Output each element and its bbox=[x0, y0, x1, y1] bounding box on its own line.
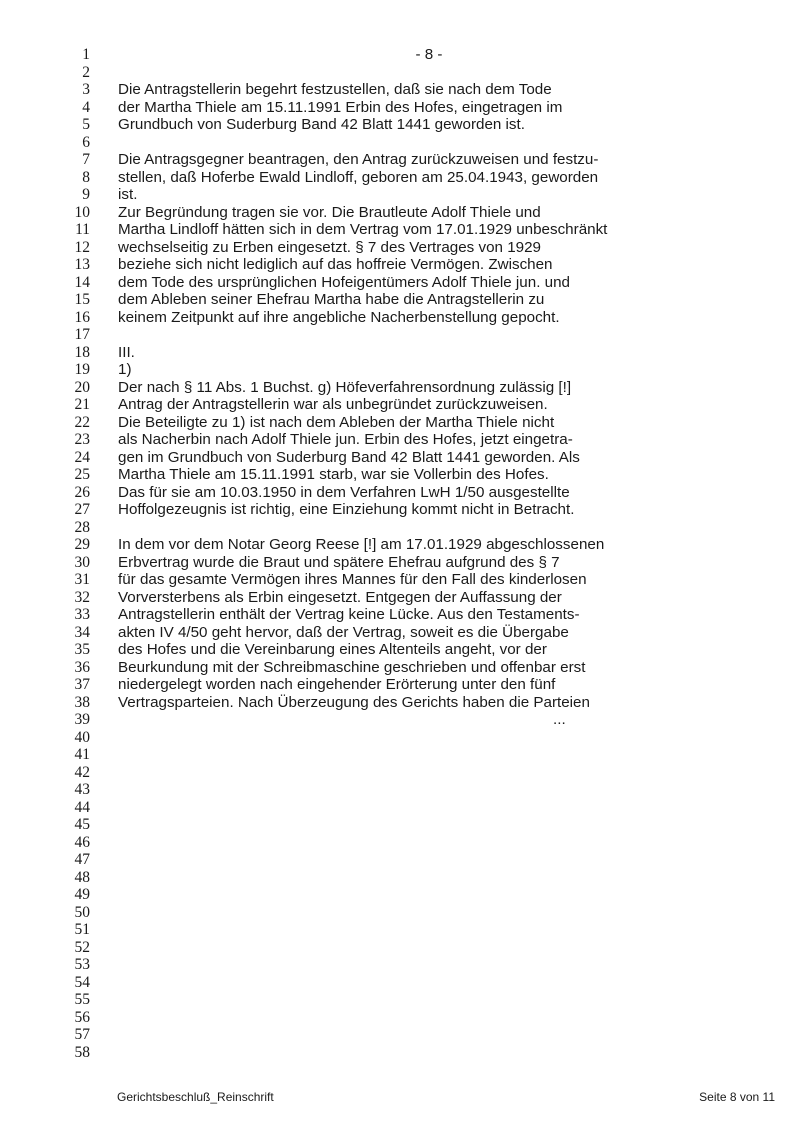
footer-document-title: Gerichtsbeschluß_Reinschrift bbox=[117, 1090, 274, 1104]
line-text: In dem vor dem Notar Georg Reese [!] am … bbox=[118, 536, 604, 554]
line-text: Erbvertrag wurde die Braut und spätere E… bbox=[118, 554, 560, 572]
footer-page-indicator: Seite 8 von 11 bbox=[699, 1090, 775, 1104]
line-text: niedergelegt worden nach eingehender Erö… bbox=[118, 676, 555, 694]
line-row: 54 bbox=[0, 974, 607, 992]
line-text: gen im Grundbuch von Suderburg Band 42 B… bbox=[118, 449, 580, 467]
line-number: 43 bbox=[0, 781, 90, 799]
line-number: 23 bbox=[0, 431, 90, 449]
line-row: 52 bbox=[0, 939, 607, 957]
line-row: 25Martha Thiele am 15.11.1991 starb, war… bbox=[0, 466, 607, 484]
ellipsis-continuation: ... bbox=[553, 711, 566, 729]
line-text: wechselseitig zu Erben eingesetzt. § 7 d… bbox=[118, 239, 541, 257]
line-text: ist. bbox=[118, 186, 137, 204]
line-row: 23als Nacherbin nach Adolf Thiele jun. E… bbox=[0, 431, 607, 449]
line-number: 55 bbox=[0, 991, 90, 1009]
line-row: 46 bbox=[0, 834, 607, 852]
line-row: 18III. bbox=[0, 344, 607, 362]
line-number: 53 bbox=[0, 956, 90, 974]
line-row: 7Die Antragsgegner beantragen, den Antra… bbox=[0, 151, 607, 169]
line-row: 55 bbox=[0, 991, 607, 1009]
line-text: Vorversterbens als Erbin eingesetzt. Ent… bbox=[118, 589, 562, 607]
line-row: 33Antragstellerin enthält der Vertrag ke… bbox=[0, 606, 607, 624]
line-row: 14dem Tode des ursprünglichen Hofeigentü… bbox=[0, 274, 607, 292]
line-number: 18 bbox=[0, 344, 90, 362]
line-number: 56 bbox=[0, 1009, 90, 1027]
line-text: Das für sie am 10.03.1950 in dem Verfahr… bbox=[118, 484, 570, 502]
line-number: 16 bbox=[0, 309, 90, 327]
line-number: 1 bbox=[0, 46, 90, 64]
line-number: 39 bbox=[0, 711, 90, 729]
line-text: Vertragsparteien. Nach Überzeugung des G… bbox=[118, 694, 590, 712]
line-row: 11Martha Lindloff hätten sich in dem Ver… bbox=[0, 221, 607, 239]
line-row: 12wechselseitig zu Erben eingesetzt. § 7… bbox=[0, 239, 607, 257]
line-text: Martha Thiele am 15.11.1991 starb, war s… bbox=[118, 466, 549, 484]
line-number: 31 bbox=[0, 571, 90, 589]
line-number: 28 bbox=[0, 519, 90, 537]
line-row: 2 bbox=[0, 64, 607, 82]
line-number: 30 bbox=[0, 554, 90, 572]
line-number: 26 bbox=[0, 484, 90, 502]
line-text: als Nacherbin nach Adolf Thiele jun. Erb… bbox=[118, 431, 573, 449]
line-row: 48 bbox=[0, 869, 607, 887]
line-number: 37 bbox=[0, 676, 90, 694]
line-number: 3 bbox=[0, 81, 90, 99]
line-row: 1 bbox=[0, 46, 607, 64]
line-number: 41 bbox=[0, 746, 90, 764]
line-number: 6 bbox=[0, 134, 90, 152]
line-row: 5Grundbuch von Suderburg Band 42 Blatt 1… bbox=[0, 116, 607, 134]
line-row: 32Vorversterbens als Erbin eingesetzt. E… bbox=[0, 589, 607, 607]
line-number: 10 bbox=[0, 204, 90, 222]
line-row: 15dem Ableben seiner Ehefrau Martha habe… bbox=[0, 291, 607, 309]
line-number: 36 bbox=[0, 659, 90, 677]
line-number: 24 bbox=[0, 449, 90, 467]
line-number: 29 bbox=[0, 536, 90, 554]
line-row: 49 bbox=[0, 886, 607, 904]
line-number: 49 bbox=[0, 886, 90, 904]
line-row: 47 bbox=[0, 851, 607, 869]
line-text: dem Tode des ursprünglichen Hofeigentüme… bbox=[118, 274, 570, 292]
line-text: III. bbox=[118, 344, 135, 362]
line-row: 39... bbox=[0, 711, 607, 729]
line-number: 5 bbox=[0, 116, 90, 134]
line-row: 58 bbox=[0, 1044, 607, 1062]
line-text: Hoffolgezeugnis ist richtig, eine Einzie… bbox=[118, 501, 574, 519]
line-row: 37niedergelegt worden nach eingehender E… bbox=[0, 676, 607, 694]
line-text: Antrag der Antragstellerin war als unbeg… bbox=[118, 396, 548, 414]
line-row: 30Erbvertrag wurde die Braut und spätere… bbox=[0, 554, 607, 572]
line-number: 15 bbox=[0, 291, 90, 309]
line-number: 27 bbox=[0, 501, 90, 519]
line-row: 35des Hofes und die Vereinbarung eines A… bbox=[0, 641, 607, 659]
line-text: Beurkundung mit der Schreibmaschine gesc… bbox=[118, 659, 585, 677]
line-row: 27Hoffolgezeugnis ist richtig, eine Einz… bbox=[0, 501, 607, 519]
line-row: 8stellen, daß Hoferbe Ewald Lindloff, ge… bbox=[0, 169, 607, 187]
line-text: Antragstellerin enthält der Vertrag kein… bbox=[118, 606, 580, 624]
line-number: 20 bbox=[0, 379, 90, 397]
line-text: keinem Zeitpunkt auf ihre angebliche Nac… bbox=[118, 309, 560, 327]
line-row: 43 bbox=[0, 781, 607, 799]
line-row: 191) bbox=[0, 361, 607, 379]
line-row: 40 bbox=[0, 729, 607, 747]
line-number: 21 bbox=[0, 396, 90, 414]
line-number: 11 bbox=[0, 221, 90, 239]
line-text: Der nach § 11 Abs. 1 Buchst. g) Höfeverf… bbox=[118, 379, 571, 397]
line-row: 21Antrag der Antragstellerin war als unb… bbox=[0, 396, 607, 414]
line-row: 41 bbox=[0, 746, 607, 764]
line-text: für das gesamte Vermögen ihres Mannes fü… bbox=[118, 571, 587, 589]
line-number: 7 bbox=[0, 151, 90, 169]
line-number: 33 bbox=[0, 606, 90, 624]
line-text: 1) bbox=[118, 361, 132, 379]
line-row: 31für das gesamte Vermögen ihres Mannes … bbox=[0, 571, 607, 589]
line-number: 12 bbox=[0, 239, 90, 257]
line-row: 4der Martha Thiele am 15.11.1991 Erbin d… bbox=[0, 99, 607, 117]
document-page: - 8 - 123Die Antragstellerin begehrt fes… bbox=[0, 0, 806, 1141]
line-number: 8 bbox=[0, 169, 90, 187]
line-row: 29In dem vor dem Notar Georg Reese [!] a… bbox=[0, 536, 607, 554]
line-text: Zur Begründung tragen sie vor. Die Braut… bbox=[118, 204, 541, 222]
line-row: 51 bbox=[0, 921, 607, 939]
line-row: 34akten IV 4/50 geht hervor, daß der Ver… bbox=[0, 624, 607, 642]
line-number: 13 bbox=[0, 256, 90, 274]
line-number: 32 bbox=[0, 589, 90, 607]
line-row: 9ist. bbox=[0, 186, 607, 204]
line-text: Die Antragstellerin begehrt festzustelle… bbox=[118, 81, 552, 99]
line-number: 4 bbox=[0, 99, 90, 117]
line-text: dem Ableben seiner Ehefrau Martha habe d… bbox=[118, 291, 544, 309]
line-row: 10Zur Begründung tragen sie vor. Die Bra… bbox=[0, 204, 607, 222]
line-number: 44 bbox=[0, 799, 90, 817]
line-number: 2 bbox=[0, 64, 90, 82]
line-row: 56 bbox=[0, 1009, 607, 1027]
line-row: 42 bbox=[0, 764, 607, 782]
line-number: 42 bbox=[0, 764, 90, 782]
line-number: 17 bbox=[0, 326, 90, 344]
line-text: beziehe sich nicht lediglich auf das hof… bbox=[118, 256, 553, 274]
line-row: 38Vertragsparteien. Nach Überzeugung des… bbox=[0, 694, 607, 712]
line-number: 50 bbox=[0, 904, 90, 922]
line-number: 54 bbox=[0, 974, 90, 992]
line-row: 6 bbox=[0, 134, 607, 152]
line-row: 16keinem Zeitpunkt auf ihre angebliche N… bbox=[0, 309, 607, 327]
line-row: 13beziehe sich nicht lediglich auf das h… bbox=[0, 256, 607, 274]
line-numbered-body: 123Die Antragstellerin begehrt festzuste… bbox=[0, 46, 607, 1061]
line-row: 36Beurkundung mit der Schreibmaschine ge… bbox=[0, 659, 607, 677]
line-text: Martha Lindloff hätten sich in dem Vertr… bbox=[118, 221, 607, 239]
line-number: 58 bbox=[0, 1044, 90, 1062]
line-number: 35 bbox=[0, 641, 90, 659]
line-number: 38 bbox=[0, 694, 90, 712]
line-number: 34 bbox=[0, 624, 90, 642]
line-text: akten IV 4/50 geht hervor, daß der Vertr… bbox=[118, 624, 569, 642]
line-row: 57 bbox=[0, 1026, 607, 1044]
line-text: der Martha Thiele am 15.11.1991 Erbin de… bbox=[118, 99, 562, 117]
line-row: 50 bbox=[0, 904, 607, 922]
line-text: des Hofes und die Vereinbarung eines Alt… bbox=[118, 641, 547, 659]
line-number: 57 bbox=[0, 1026, 90, 1044]
line-number: 40 bbox=[0, 729, 90, 747]
line-number: 51 bbox=[0, 921, 90, 939]
line-text: Grundbuch von Suderburg Band 42 Blatt 14… bbox=[118, 116, 525, 134]
line-number: 48 bbox=[0, 869, 90, 887]
line-row: 53 bbox=[0, 956, 607, 974]
line-number: 45 bbox=[0, 816, 90, 834]
line-row: 24gen im Grundbuch von Suderburg Band 42… bbox=[0, 449, 607, 467]
line-text: stellen, daß Hoferbe Ewald Lindloff, geb… bbox=[118, 169, 598, 187]
line-number: 52 bbox=[0, 939, 90, 957]
line-text: Die Antragsgegner beantragen, den Antrag… bbox=[118, 151, 598, 169]
line-number: 22 bbox=[0, 414, 90, 432]
line-number: 47 bbox=[0, 851, 90, 869]
line-number: 14 bbox=[0, 274, 90, 292]
line-number: 19 bbox=[0, 361, 90, 379]
line-row: 26Das für sie am 10.03.1950 in dem Verfa… bbox=[0, 484, 607, 502]
line-row: 28 bbox=[0, 519, 607, 537]
line-number: 46 bbox=[0, 834, 90, 852]
line-row: 20Der nach § 11 Abs. 1 Buchst. g) Höfeve… bbox=[0, 379, 607, 397]
line-row: 44 bbox=[0, 799, 607, 817]
line-row: 3Die Antragstellerin begehrt festzustell… bbox=[0, 81, 607, 99]
line-row: 45 bbox=[0, 816, 607, 834]
line-number: 9 bbox=[0, 186, 90, 204]
line-text: Die Beteiligte zu 1) ist nach dem Ablebe… bbox=[118, 414, 554, 432]
line-row: 17 bbox=[0, 326, 607, 344]
line-row: 22Die Beteiligte zu 1) ist nach dem Able… bbox=[0, 414, 607, 432]
line-number: 25 bbox=[0, 466, 90, 484]
